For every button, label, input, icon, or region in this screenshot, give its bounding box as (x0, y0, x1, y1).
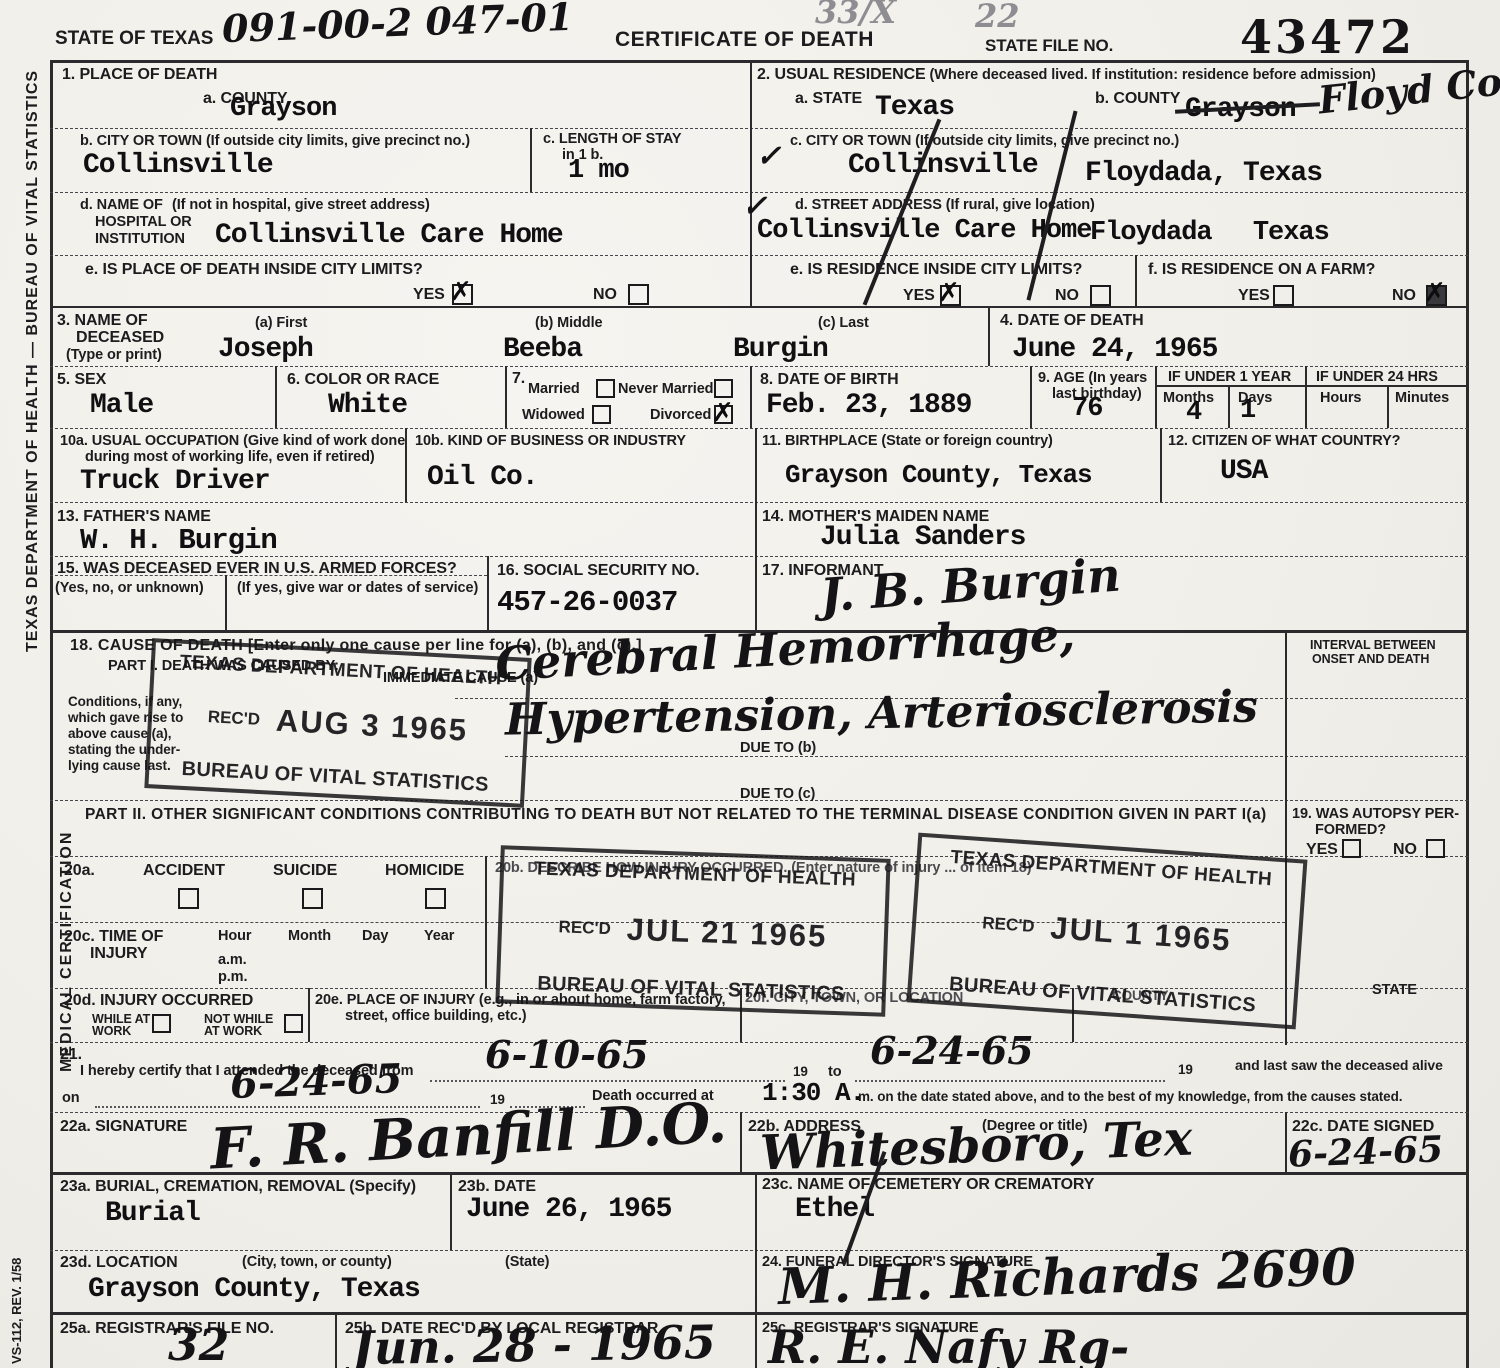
name-heading-3: (Type or print) (66, 347, 162, 363)
col-divider (275, 366, 277, 428)
residence-farm-label: f. IS RESIDENCE ON A FARM? (1148, 261, 1375, 279)
checkbox-autopsy-yes[interactable] (1342, 839, 1361, 858)
year-label: Year (424, 928, 454, 944)
received-stamp-jul1: TEXAS DEPARTMENT OF HEALTH REC'D JUL 1 1… (907, 833, 1308, 1030)
col-divider (1160, 428, 1162, 502)
section-divider (50, 1312, 1468, 1315)
middle-name-value: Beeba (503, 336, 582, 364)
stamp-agency-line: TEXAS DEPARTMENT OF HEALTH (534, 859, 857, 889)
attended-to-date: 6-24-65 (870, 1032, 1034, 1070)
yes-label: YES (413, 286, 445, 304)
am-label: a.m. (218, 952, 247, 968)
x-mark: ✗ (450, 279, 472, 305)
armed-forces-sub2: (If yes, give war or dates of service) (237, 580, 478, 596)
col-divider (740, 1112, 742, 1172)
col-divider (405, 428, 407, 502)
not-while-at-work-label-2: AT WORK (204, 1024, 262, 1038)
ssn-value: 457-26-0037 (497, 588, 677, 617)
sex-label: 5. SEX (57, 371, 106, 389)
col-divider (530, 128, 532, 192)
never-married-label: Never Married (618, 381, 713, 397)
funeral-director-signature: M. H. Richards 2690 (777, 1242, 1356, 1312)
date-of-birth-label: 8. DATE OF BIRTH (760, 371, 899, 389)
col-divider (750, 60, 752, 306)
citizen-label: 12. CITIZEN OF WHAT COUNTRY? (1168, 433, 1400, 449)
registrar-file-no-label: 25a. REGISTRAR'S FILE NO. (60, 1320, 274, 1338)
middle-name-label: (b) Middle (535, 315, 602, 331)
checkbox-autopsy-no[interactable] (1426, 839, 1445, 858)
hospital-label-1: d. NAME OF (80, 197, 163, 213)
ssn-label: 16. SOCIAL SECURITY NO. (497, 562, 700, 580)
fill-line (855, 1080, 1165, 1082)
col-divider (1305, 366, 1307, 428)
no-label: NO (1393, 841, 1417, 859)
length-of-stay-label: c. LENGTH OF STAY (543, 131, 682, 147)
stamp-recd-label: REC'D (558, 918, 611, 937)
yes-label: YES (903, 287, 935, 305)
checkbox-2e-yes[interactable]: ✗ (940, 285, 961, 306)
handwritten-file-code: 091-00-2 047-01 (221, 0, 574, 48)
checkbox-homicide[interactable] (425, 888, 446, 909)
received-stamp-aug3: TEXAS DEPARTMENT OF HEALTH REC'D AUG 3 1… (144, 638, 531, 808)
section2-heading: 2. USUAL RESIDENCE (757, 66, 926, 83)
age-value: 76 (1072, 396, 1102, 423)
year-19-label: 19 (793, 1064, 808, 1079)
hour-label: Hour (218, 928, 251, 944)
date-of-death-label: 4. DATE OF DEATH (1000, 312, 1144, 330)
received-stamp-jul21: TEXAS DEPARTMENT OF HEALTH REC'D JUL 21 … (495, 845, 890, 1017)
checkbox-2f-yes[interactable] (1273, 285, 1294, 306)
birthplace-label: 11. BIRTHPLACE (State or foreign country… (762, 433, 1053, 449)
page-title: CERTIFICATE OF DEATH (615, 28, 874, 52)
hospital-label-2: HOSPITAL OR (95, 214, 192, 230)
injury-occurred-label: 20d. INJURY OCCURRED (64, 992, 253, 1010)
due-to-c-label: DUE TO (c) (740, 786, 815, 802)
section1-heading: 1. PLACE OF DEATH (62, 66, 217, 84)
pm-label: p.m. (218, 969, 247, 985)
divider-line (50, 128, 1468, 129)
col-divider (750, 366, 752, 428)
col-divider (1155, 366, 1157, 428)
date-of-birth-value: Feb. 23, 1889 (766, 392, 971, 420)
length-of-stay-value: 1 mo (568, 158, 629, 185)
stamp-bureau-line: BUREAU OF VITAL STATISTICS (948, 974, 1256, 1015)
checkbox-suicide[interactable] (302, 888, 323, 909)
while-at-work-label-2: WORK (92, 1024, 131, 1038)
form-number-label: VS-112, REV. 1/58 (10, 1258, 25, 1364)
occupation-value: Truck Driver (80, 468, 270, 496)
burial-location-paren2: (State) (505, 1254, 549, 1270)
checkbox-widowed[interactable] (592, 405, 611, 424)
stamp-date: AUG 3 1965 (275, 705, 469, 746)
hospital-value: Collinsville Care Home (215, 222, 563, 250)
checkbox-accident[interactable] (178, 888, 199, 909)
fill-line (430, 1080, 785, 1082)
col-divider (1228, 385, 1230, 428)
day-label: Day (362, 928, 388, 944)
time-of-injury-label-2: INJURY (90, 945, 148, 963)
industry-value: Oil Co. (427, 464, 538, 492)
physician-signature-label: 22a. SIGNATURE (60, 1118, 187, 1136)
cause-a-handwritten: Cerebral Hemorrhage, (494, 611, 1076, 687)
yes-label: YES (1306, 841, 1338, 859)
months-value: 4 (1186, 400, 1201, 427)
city-label: b. CITY OR TOWN (If outside city limits,… (80, 133, 470, 149)
autopsy-label-2: FORMED? (1315, 822, 1386, 838)
section2-heading-paren: (Where deceased lived. If institution: r… (926, 67, 1376, 83)
street-address-value: Floydada Texas (1090, 220, 1329, 247)
stamp-bureau-line: BUREAU OF VITAL STATISTICS (181, 759, 489, 795)
attended-from-date: 6-10-65 (485, 1036, 649, 1074)
last-name-value: Burgin (733, 336, 828, 364)
days-value: 1 (1240, 398, 1255, 425)
under-1-year-label: IF UNDER 1 YEAR (1168, 369, 1291, 385)
residence-state-value: Texas (875, 94, 954, 122)
checkbox-2e-no[interactable] (1090, 285, 1111, 306)
burial-location-paren1: (City, town, or county) (242, 1254, 392, 1270)
residence-city-struck: Collinsville (848, 152, 1038, 180)
race-label: 6. COLOR OR RACE (287, 371, 439, 389)
divider-line (50, 306, 1468, 308)
citizen-value: USA (1220, 458, 1267, 486)
under-24hrs-label: IF UNDER 24 HRS (1316, 369, 1438, 385)
col-divider (487, 556, 489, 630)
cause-b-handwritten: Hypertension, Arteriosclerosis (505, 685, 1258, 742)
certify-number: 21. (60, 1046, 82, 1064)
stamp-date: JUL 21 1965 (626, 914, 828, 952)
state-label: STATE OF TEXAS (55, 28, 213, 49)
residence-state-label: a. STATE (795, 90, 862, 108)
residence-county-label: b. COUNTY (1095, 90, 1180, 108)
last-name-label: (c) Last (818, 315, 869, 331)
death-time-value: 1:30 A. (762, 1080, 864, 1106)
autopsy-label-1: 19. WAS AUTOPSY PER- (1292, 806, 1459, 822)
checkbox-married[interactable] (596, 379, 615, 398)
burial-date-value: June 26, 1965 (466, 1196, 671, 1224)
burial-location-value: Grayson County, Texas (88, 1276, 420, 1304)
county-value: Grayson (230, 96, 336, 123)
father-name-value: W. H. Burgin (80, 526, 277, 555)
checkbox-while-at-work[interactable] (152, 1014, 171, 1033)
interval-label-1: INTERVAL BETWEEN (1310, 638, 1436, 652)
divider-line (50, 428, 1468, 429)
armed-forces-sub1: (Yes, no, or unknown) (55, 580, 204, 596)
divider-line (50, 502, 1468, 503)
marital-status-label: 7. (512, 370, 525, 388)
pencil-note: 22 (975, 0, 1020, 32)
stamp-recd-label: REC'D (982, 914, 1035, 935)
residence-city-value: Floydada, Texas (1085, 160, 1322, 188)
stamp-agency-line: TEXAS DEPARTMENT OF HEALTH (950, 848, 1273, 889)
col-divider (988, 306, 990, 366)
sex-value: Male (90, 392, 153, 420)
homicide-label: HOMICIDE (385, 862, 464, 880)
stamp-bureau-line: BUREAU OF VITAL STATISTICS (537, 974, 845, 1005)
burial-value: Burial (105, 1200, 200, 1228)
year-19-label: 19 (1178, 1062, 1193, 1077)
col-divider (1135, 255, 1137, 306)
occupation-label-2: during most of working life, even if ret… (85, 449, 375, 465)
pencil-note: 33/X (815, 0, 896, 28)
hospital-label-3: INSTITUTION (95, 231, 185, 247)
state-file-no-label: STATE FILE NO. (985, 36, 1113, 55)
minutes-label: Minutes (1395, 390, 1449, 406)
col-divider (450, 1172, 452, 1250)
certify-text-2: and last saw the deceased alive (1235, 1058, 1443, 1074)
col-divider (1030, 366, 1032, 428)
no-label: NO (1392, 287, 1416, 305)
date-signed-value: 6-24-65 (1287, 1131, 1443, 1172)
occupation-label-1: 10a. USUAL OCCUPATION (Give kind of work… (60, 433, 405, 449)
registrar-file-no-value: 32 (168, 1324, 229, 1368)
divorced-label: Divorced (650, 407, 711, 423)
burial-location-label: 23d. LOCATION (60, 1254, 178, 1272)
checkbox-not-while-at-work[interactable] (284, 1014, 303, 1033)
col-divider (308, 988, 310, 1042)
col-divider (755, 1172, 757, 1368)
mother-name-value: Julia Sanders (820, 524, 1025, 552)
first-name-label: (a) First (255, 315, 307, 331)
yes-label: YES (1238, 287, 1270, 305)
due-to-b-label: DUE TO (b) (740, 740, 816, 756)
check-mark: ✓ (742, 192, 767, 222)
on-label: on (62, 1090, 80, 1106)
date-received-value: Jun. 28 - 1965 (352, 1319, 717, 1368)
accident-label: ACCIDENT (143, 862, 225, 880)
place-of-injury-label-2: street, office building, etc.) (345, 1008, 527, 1024)
death-city-limits-label: e. IS PLACE OF DEATH INSIDE CITY LIMITS? (85, 261, 423, 279)
checkbox-1e-yes[interactable]: ✗ (452, 284, 473, 305)
part2-label: PART II. OTHER SIGNIFICANT CONDITIONS CO… (85, 806, 1267, 823)
hospital-label-paren: (If not in hospital, give street address… (172, 197, 430, 213)
x-mark: ✗ (712, 400, 734, 426)
interval-label-2: ONSET AND DEATH (1312, 652, 1429, 666)
checkbox-divorced[interactable]: ✗ (714, 405, 733, 424)
col-divider (505, 366, 507, 428)
state-column-label: STATE (1372, 982, 1417, 998)
date-of-death-value: June 24, 1965 (1012, 336, 1217, 364)
check-mark: ✓ (756, 142, 781, 172)
city-value: Collinsville (83, 152, 273, 180)
armed-forces-label: 15. WAS DECEASED EVER IN U.S. ARMED FORC… (57, 560, 457, 578)
divider-line (50, 255, 1468, 256)
married-label: Married (528, 381, 580, 397)
x-mark: ✗ (1424, 280, 1446, 306)
stamp-date: JUL 1 1965 (1049, 912, 1232, 956)
checkbox-never-married[interactable] (714, 379, 733, 398)
registrar-signature: R. E. Nafy Rg- (768, 1324, 1129, 1368)
checkbox-1e-no[interactable] (628, 284, 649, 305)
stamp-agency-line: TEXAS DEPARTMENT OF HEALTH (179, 653, 502, 689)
stamp-recd-label: REC'D (207, 708, 260, 728)
death-certificate-scan: STATE OF TEXAS 091-00-2 047-01 CERTIFICA… (0, 0, 1500, 1368)
col-divider (335, 1312, 337, 1368)
sidebar-agency-label: TEXAS DEPARTMENT OF HEALTH — BUREAU OF V… (24, 70, 42, 652)
col-divider (755, 428, 757, 630)
checkbox-2f-no[interactable]: ✗ (1426, 285, 1447, 306)
name-heading-1: 3. NAME OF (57, 312, 148, 330)
industry-label: 10b. KIND OF BUSINESS OR INDUSTRY (415, 433, 686, 449)
divider-line (50, 366, 1468, 367)
age-label-1: 9. AGE (In years (1038, 370, 1147, 386)
physician-address-value: Whitesboro, Tex (759, 1114, 1193, 1177)
no-label: NO (593, 286, 617, 304)
certify-text-3: m. on the date stated above, and to the … (858, 1089, 1402, 1104)
col-divider (225, 575, 227, 630)
hours-label: Hours (1320, 390, 1361, 406)
widowed-label: Widowed (522, 407, 585, 423)
state-file-number: 43472 (1240, 14, 1415, 60)
col-divider (485, 856, 487, 988)
birthplace-value: Grayson County, Texas (785, 462, 1092, 488)
residence-city-label: c. CITY OR TOWN (If outside city limits,… (790, 133, 1179, 149)
last-seen-date: 6-24-65 (229, 1059, 403, 1105)
first-name-value: Joseph (218, 336, 313, 364)
time-of-injury-label-1: 20c. TIME OF (64, 928, 163, 946)
x-mark: ✗ (938, 280, 960, 306)
month-label: Month (288, 928, 331, 944)
name-heading-2: DECEASED (76, 329, 164, 347)
col-divider (1387, 385, 1389, 428)
suicide-label: SUICIDE (273, 862, 337, 880)
race-value: White (328, 392, 407, 420)
cause-b-line (505, 756, 1468, 757)
no-label: NO (1055, 287, 1079, 305)
divider-line (50, 1042, 1468, 1043)
accident-section-label: 20a. (64, 862, 95, 880)
